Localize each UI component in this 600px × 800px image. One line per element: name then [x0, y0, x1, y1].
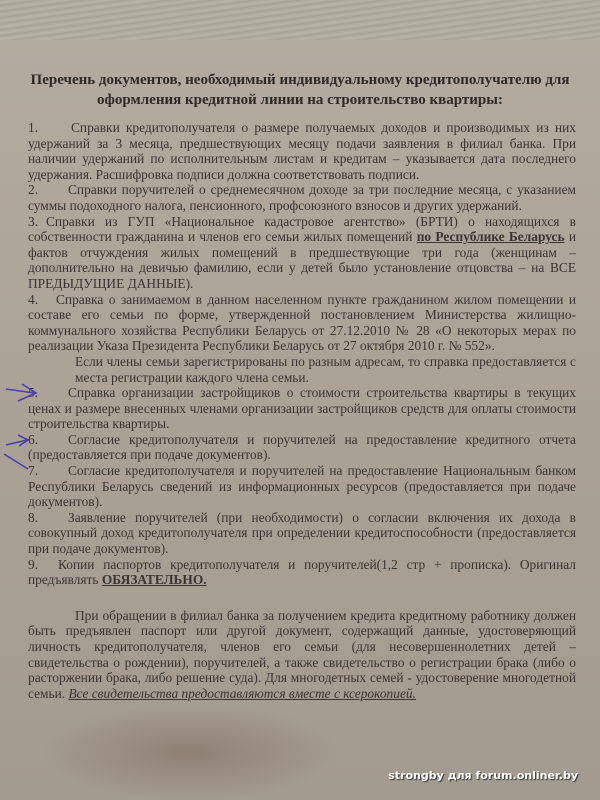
item-text: Согласие кредитополучателя и поручителей… [28, 432, 576, 463]
list-item-6: 6.Согласие кредитополучателя и поручител… [28, 432, 576, 463]
title-line-1: Перечень документов, необходимый индивид… [30, 70, 570, 90]
item-number: 8. [28, 510, 68, 526]
pen-arrow-icon [4, 433, 30, 449]
item-number: 9. [28, 557, 58, 573]
watermark: strongby для forum.onliner.by [388, 769, 578, 782]
list-item-9: 9.Копии паспортов кредитополучателя и по… [28, 557, 576, 588]
item-number: 7. [28, 463, 68, 479]
pen-arrow-icon [2, 452, 30, 472]
item-text: Справка организации застройщиков о стоим… [28, 385, 576, 431]
list-item-2: 2.Справки поручителей о среднемесячном д… [28, 182, 576, 213]
item-text: Справки поручителей о среднемесячном дох… [28, 182, 576, 213]
document-title: Перечень документов, необходимый индивид… [30, 70, 570, 110]
list-item-3: 3.Справки из ГУП «Национальное кадастров… [28, 214, 576, 292]
list-item-1: 1.Справки кредитополучателя о размере по… [28, 120, 576, 182]
title-line-2: оформления кредитной линии на строительс… [30, 90, 570, 110]
item-text: Согласие кредитополучателя и поручителей… [28, 463, 576, 509]
pen-arrow-icon [4, 381, 38, 403]
list-item-4: 4.Справка о занимаемом в данном населенн… [28, 292, 576, 354]
item-emphasis: ОБЯЗАТЕЛЬНО. [102, 572, 207, 587]
list-item-7: 7.Согласие кредитополучателя и поручител… [28, 463, 576, 510]
item-emphasis: по Республике Беларусь [417, 229, 565, 244]
list-item-4-note: Если члены семьи зарегистрированы по раз… [28, 354, 576, 385]
list-item-5: 5.Справка организации застройщиков о сто… [28, 385, 576, 432]
item-number: 2. [28, 182, 68, 198]
list-item-8: 8.Заявление поручителей (при необходимос… [28, 510, 576, 557]
item-number: 4. [28, 292, 56, 308]
item-text: Справка о занимаемом в данном населенном… [28, 292, 576, 354]
item-number: 3. [28, 214, 46, 230]
final-emphasis: Все свидетельства предоставляются вместе… [69, 686, 416, 701]
item-note: Если члены семьи зарегистрированы по раз… [75, 354, 576, 385]
item-number: 6. [28, 432, 68, 448]
document-body: 1.Справки кредитополучателя о размере по… [28, 120, 576, 701]
fabric-background [0, 0, 600, 42]
item-text: Заявление поручителей (при необходимости… [28, 510, 576, 556]
item-text: Справки кредитополучателя о размере полу… [28, 120, 576, 182]
final-paragraph: При обращении в филиал банка за получени… [28, 608, 576, 702]
item-number: 1. [28, 120, 71, 136]
hand-shadow [40, 705, 340, 800]
